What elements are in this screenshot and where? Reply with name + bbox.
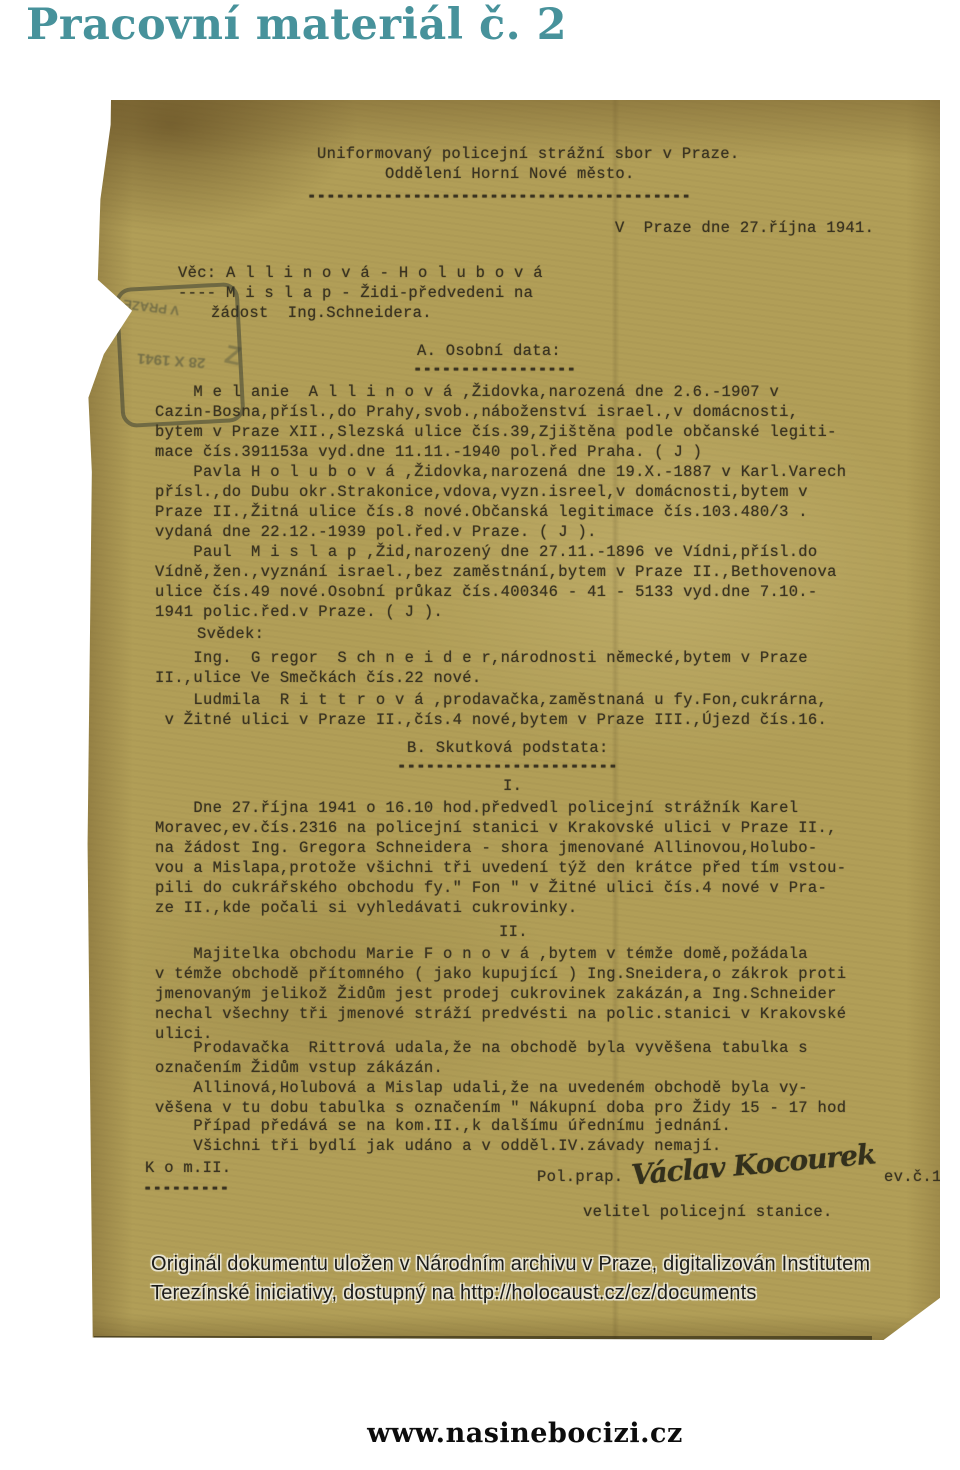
paragraph-event-two: Majitelka obchodu Marie F o n o v á ,byt… — [155, 944, 846, 1044]
dateline: V Praze dne 27.října 1941. — [615, 218, 874, 238]
paragraph-allinova: M e l anie A l l i n o v á ,Židovka,naro… — [155, 382, 837, 462]
document-ink-layer: Uniformovaný policejní strážní sbor v Pr… — [85, 100, 940, 1340]
witness-label: Svědek: — [197, 624, 264, 644]
line-handover: Případ předává se na kom.II.,k dalšímu ú… — [155, 1116, 731, 1136]
subject-line3: žádost Ing.Schneidera. — [211, 303, 432, 323]
paragraph-statement-rittrova: Prodavačka Rittrová udala,že na obchodě … — [155, 1038, 808, 1078]
roman-numeral-one: I. — [503, 776, 522, 796]
section-a-underline: ----------------- — [413, 354, 576, 384]
signature-suffix: ev.č.1557, — [884, 1168, 960, 1186]
paragraph-schneider: Ing. G regor S ch n e i d e r,národnosti… — [155, 648, 808, 688]
roman-numeral-two: II. — [499, 922, 528, 942]
line-residence: Všichni tři bydlí jak udáno a v odděl.IV… — [155, 1136, 722, 1156]
letterhead-line1: Uniformovaný policejní strážní sbor v Pr… — [317, 144, 739, 164]
paragraph-rittrova: Ludmila R i t t r o v á ,prodavačka,zamě… — [155, 690, 827, 730]
paragraph-statement-trio: Allinová,Holubová a Mislap udali,že na u… — [155, 1078, 846, 1118]
document-scan: Uniformovaný policejní strážní sbor v Pr… — [85, 100, 940, 1340]
subject-line1: Věc: A l l i n o v á - H o l u b o v á — [178, 263, 543, 283]
kom-underline: --------- — [143, 1173, 229, 1203]
letterhead-divider: ---------------------------------------- — [307, 181, 691, 211]
footer-link[interactable]: www.nasinebocizi.cz — [90, 1418, 960, 1449]
archive-caption-line2: Terezínské iniciativy, dostupný na http:… — [151, 1279, 870, 1308]
archive-caption-line1: Originál dokumentu uložen v Národním arc… — [151, 1250, 870, 1279]
page-title: Pracovní materiál č. 2 — [26, 0, 567, 50]
archive-caption: Originál dokumentu uložen v Národním arc… — [151, 1250, 870, 1307]
paragraph-holubova: Pavla H o l u b o v á ,Židovka,narozená … — [155, 462, 846, 542]
signature-prefix: Pol.prap. — [537, 1168, 623, 1186]
signature-role: velitel policejní stanice. — [583, 1202, 833, 1222]
paragraph-event-one: Dne 27.října 1941 o 16.10 hod.předvedl p… — [155, 798, 846, 918]
signature-line: Pol.prap.Václav Kocourekev.č.1557, — [537, 1162, 960, 1187]
paragraph-mislap: Paul M i s l a p ,Žid,narozený dne 27.11… — [155, 542, 837, 622]
